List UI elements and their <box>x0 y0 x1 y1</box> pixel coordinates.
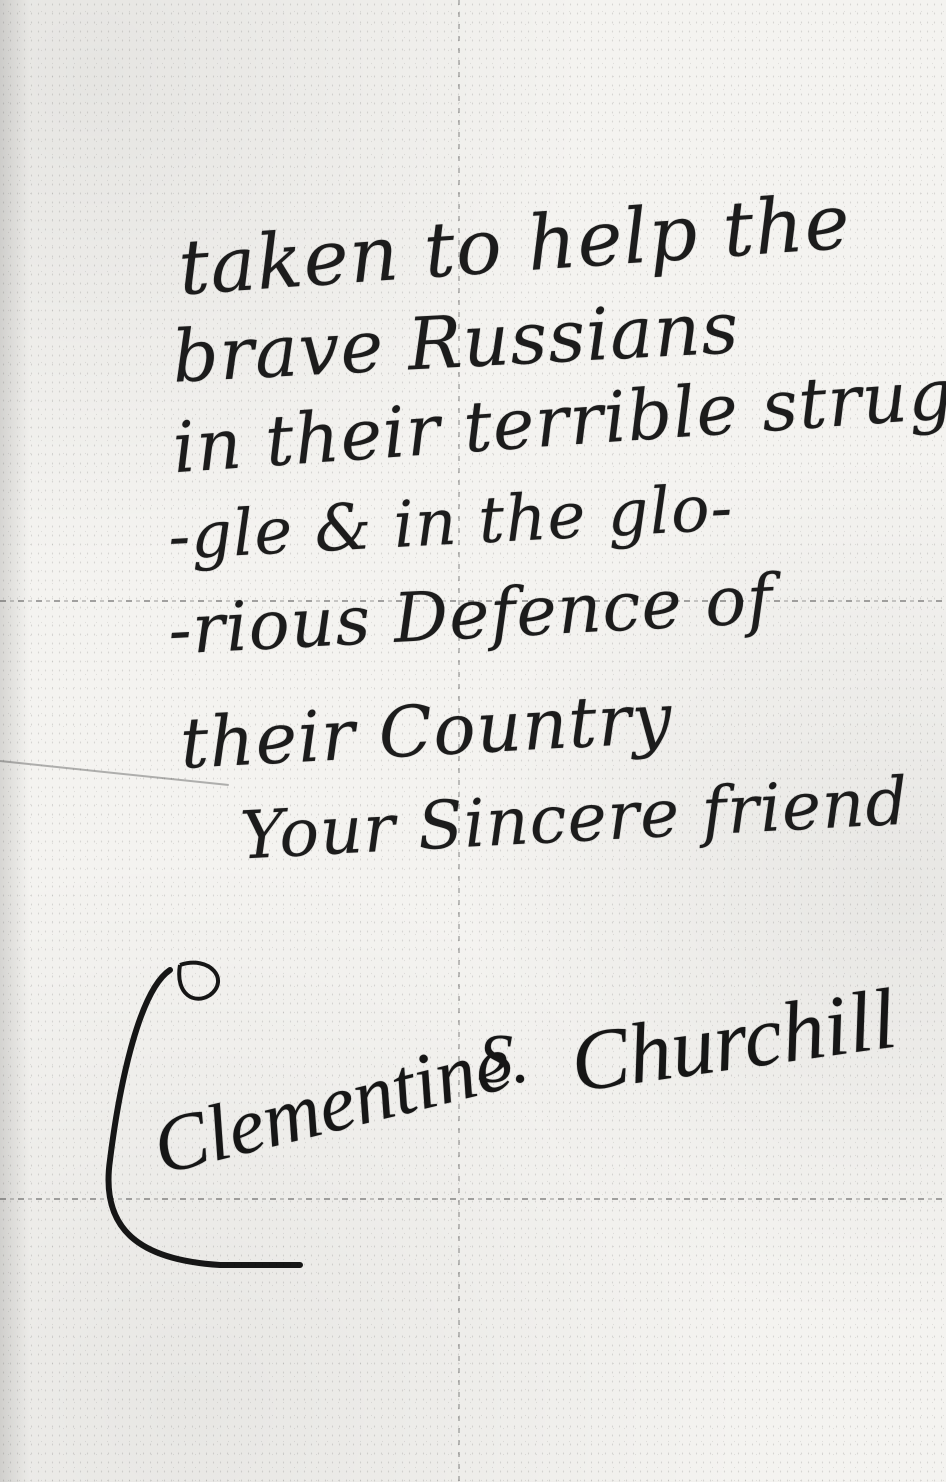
handwritten-line-1: taken to help the <box>176 177 854 313</box>
handwritten-line-7: Your Sincere friend <box>238 763 910 875</box>
handwritten-line-4: -gle & in the glo- <box>166 471 734 574</box>
handwritten-line-5: -rious Defence of <box>166 560 775 671</box>
page-shadow <box>0 0 30 1482</box>
signature-initial: S. <box>478 1020 531 1100</box>
letter-page: taken to help the brave Russians in thei… <box>0 0 946 1482</box>
signature-surname: Churchill <box>565 968 902 1112</box>
handwritten-line-6: their Country <box>178 677 674 785</box>
